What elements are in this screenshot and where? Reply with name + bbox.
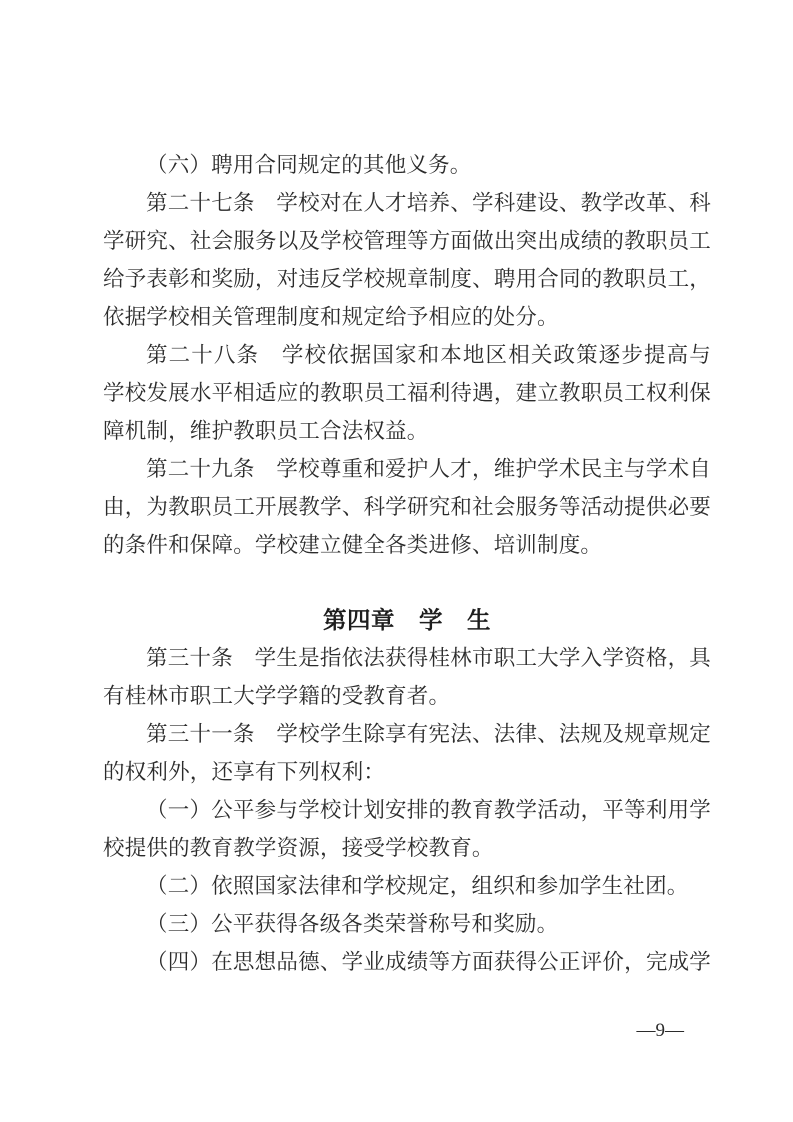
- text-line: 校提供的教育教学资源，接受学校教育。: [103, 829, 711, 867]
- text-line: 依据学校相关管理制度和规定给予相应的处分。: [103, 298, 711, 336]
- document-page: （六）聘用合同规定的其他义务。第二十七条 学校对在人才培养、学科建设、教学改革、…: [0, 0, 793, 1122]
- text-line: 第二十八条 学校依据国家和本地区相关政策逐步提高与: [103, 336, 711, 374]
- text-line: 第三十条 学生是指依法获得桂林市职工大学入学资格，具: [103, 639, 711, 677]
- page-number: —9—: [637, 1020, 685, 1042]
- text-line: （四）在思想品德、学业成绩等方面获得公正评价，完成学: [103, 943, 711, 981]
- text-line: 有桂林市职工大学学籍的受教育者。: [103, 677, 711, 715]
- text-line: （一）公平参与学校计划安排的教育教学活动，平等利用学: [103, 791, 711, 829]
- text-line: 障机制，维护教职员工合法权益。: [103, 412, 711, 450]
- text-line: 第二十七条 学校对在人才培养、学科建设、教学改革、科: [103, 184, 711, 222]
- text-line: 由，为教职员工开展教学、科学研究和社会服务等活动提供必要: [103, 488, 711, 526]
- text-line: 第二十九条 学校尊重和爱护人才，维护学术民主与学术自: [103, 450, 711, 488]
- text-line: （三）公平获得各级各类荣誉称号和奖励。: [103, 905, 711, 943]
- text-line: 学校发展水平相适应的教职员工福利待遇，建立教职员工权利保: [103, 374, 711, 412]
- document-text-column: （六）聘用合同规定的其他义务。第二十七条 学校对在人才培养、学科建设、教学改革、…: [103, 146, 711, 981]
- text-line: 的权利外，还享有下列权利：: [103, 753, 711, 791]
- text-line: 的条件和保障。学校建立健全各类进修、培训制度。: [103, 526, 711, 564]
- text-line: （六）聘用合同规定的其他义务。: [103, 146, 711, 184]
- text-line: 学研究、社会服务以及学校管理等方面做出突出成绩的教职员工: [103, 222, 711, 260]
- text-line: 第三十一条 学校学生除享有宪法、法律、法规及规章规定: [103, 715, 711, 753]
- text-line: 给予表彰和奖励，对违反学校规章制度、聘用合同的教职员工，: [103, 260, 711, 298]
- chapter-heading: 第四章 学 生: [103, 602, 711, 639]
- text-line: （二）依照国家法律和学校规定，组织和参加学生社团。: [103, 867, 711, 905]
